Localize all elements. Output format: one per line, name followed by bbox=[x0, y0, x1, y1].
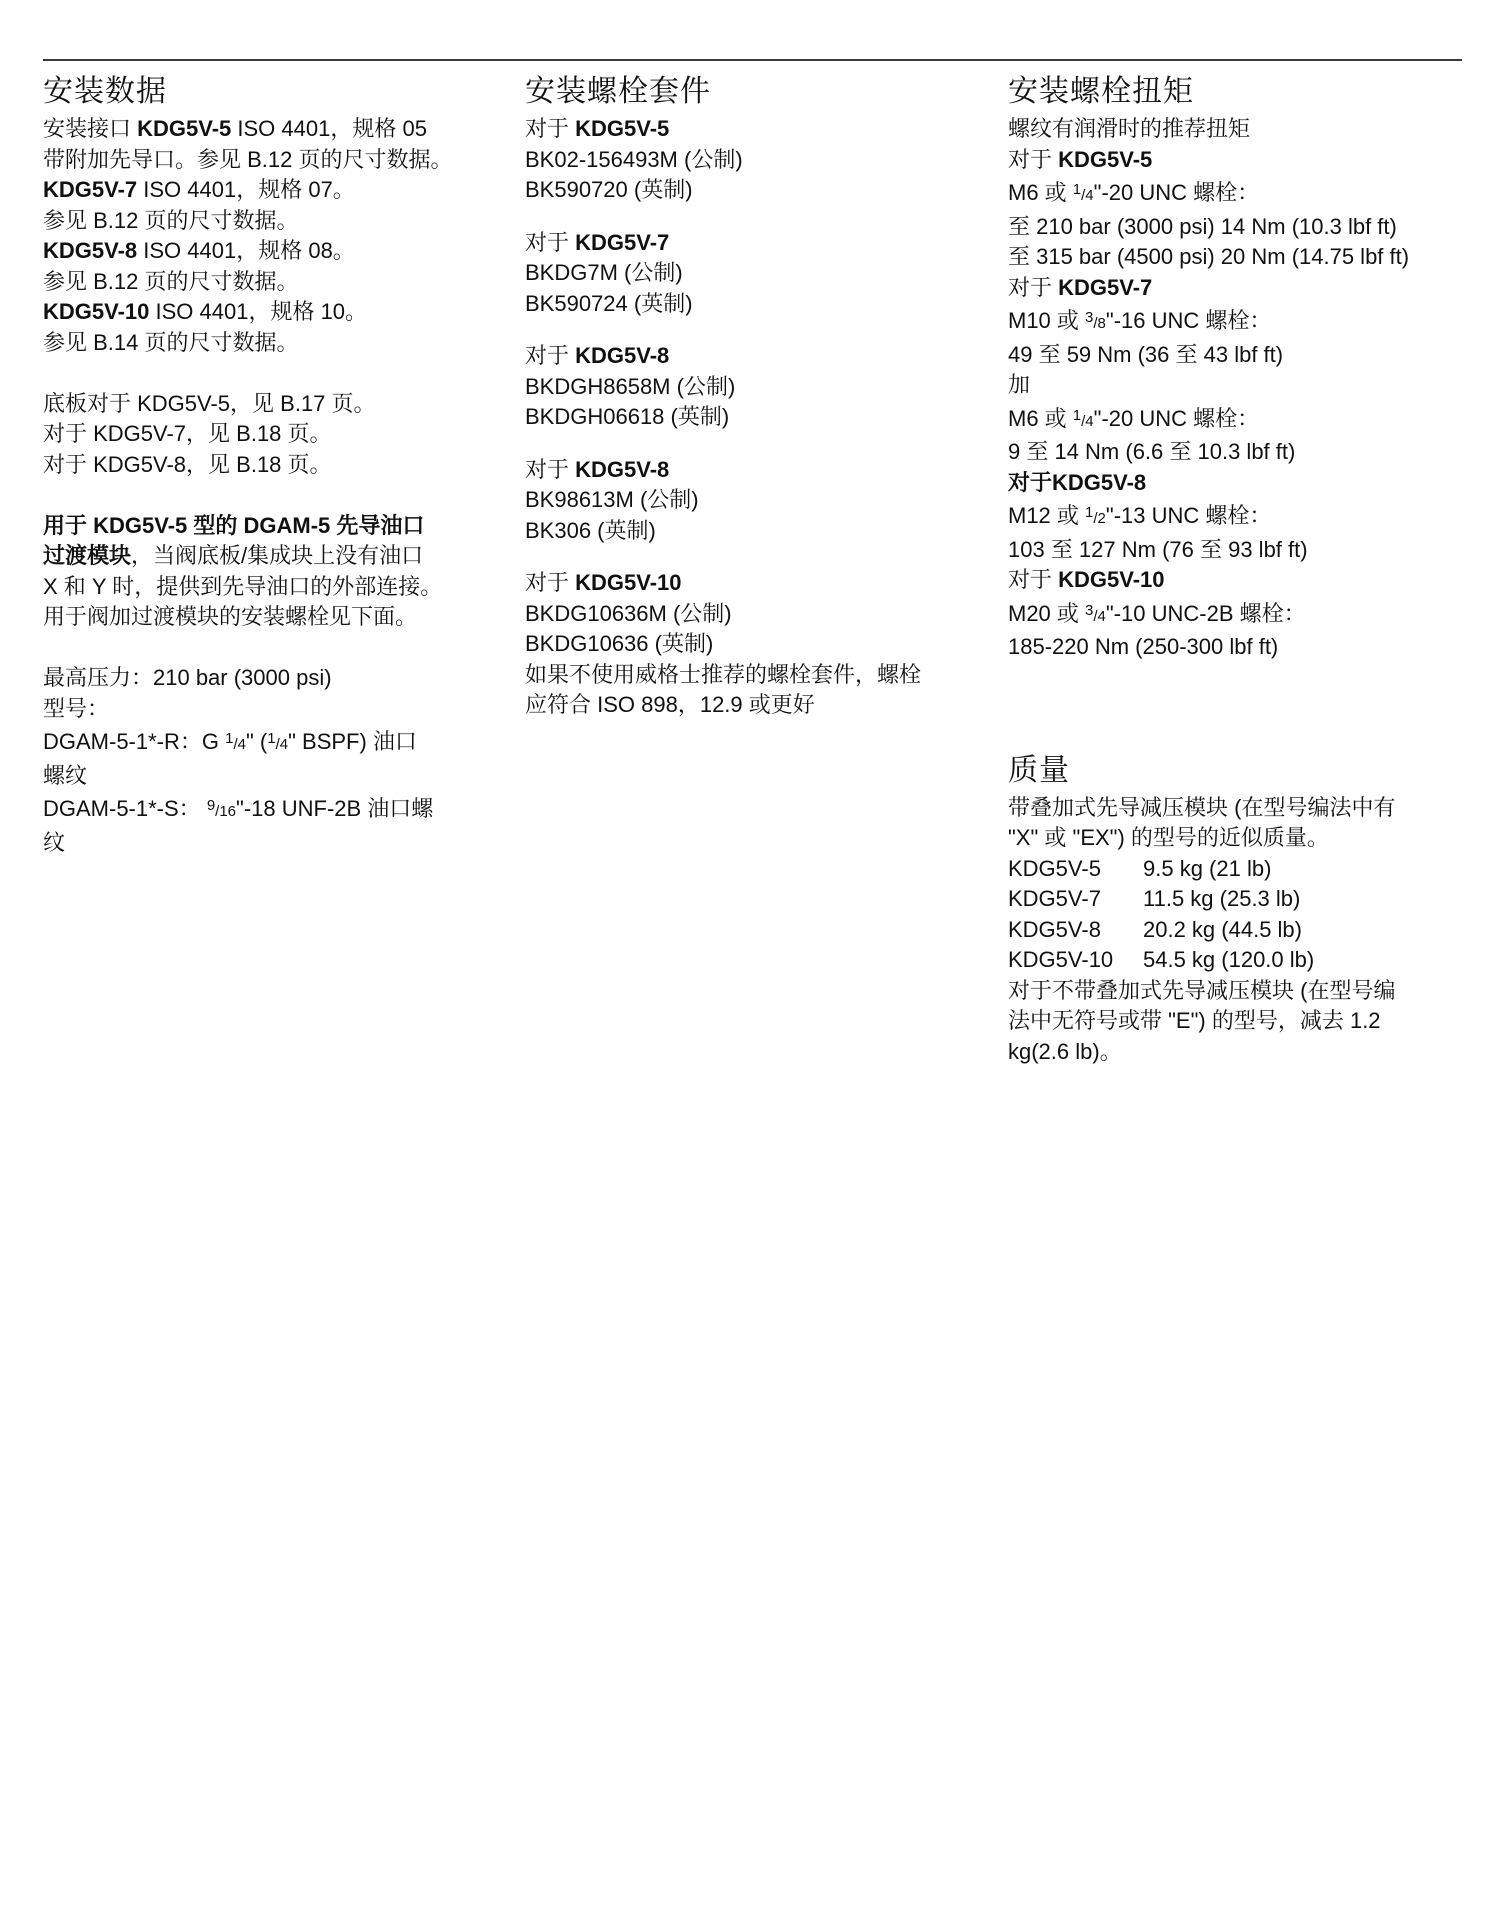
model-name: KDG5V-8 bbox=[43, 238, 137, 263]
model-name: KDG5V-10 bbox=[1058, 567, 1164, 592]
mass-model: KDG5V-5 bbox=[1008, 854, 1143, 885]
column-mounting-data: 安装数据 安装接口 KDG5V-5 ISO 4401，规格 05 带附加先导口。… bbox=[43, 72, 503, 858]
text: "-20 UNC 螺栓： bbox=[1094, 180, 1260, 205]
bolt-kit-metric: BKDG10636M (公制) bbox=[525, 599, 985, 630]
bolt-kit-group: 对于 KDG5V-5 BK02-156493M (公制) BK590720 (英… bbox=[525, 114, 985, 206]
model-name: KDG5V-8 bbox=[575, 457, 669, 482]
bolt-spec: M10 或 3/8"-16 UNC 螺栓： bbox=[1008, 303, 1468, 340]
text: " BSPF) 油口 bbox=[288, 729, 417, 754]
text: M6 或 bbox=[1008, 406, 1073, 431]
spacer bbox=[43, 633, 503, 664]
text-line: KDG5V-8 ISO 4401，规格 08。 bbox=[43, 236, 503, 267]
mass-intro: 带叠加式先导减压模块 (在型号编法中有 bbox=[1008, 793, 1468, 824]
text-line: 参见 B.12 页的尺寸数据。 bbox=[43, 206, 503, 237]
model-name: KDG5V-7 bbox=[1058, 275, 1152, 300]
fraction-denominator: /4 bbox=[276, 736, 289, 753]
column-bolt-kits: 安装螺栓套件 对于 KDG5V-5 BK02-156493M (公制) BK59… bbox=[525, 72, 985, 721]
text-line: KDG5V-7 ISO 4401，规格 07。 bbox=[43, 175, 503, 206]
text: 对于 bbox=[525, 570, 575, 595]
model-name: KDG5V-7 bbox=[43, 177, 137, 202]
section-heading-bolt-torque: 安装螺栓扭矩 bbox=[1008, 72, 1468, 112]
dgam-title-line: 用于 KDG5V-5 型的 DGAM-5 先导油口 bbox=[43, 511, 503, 542]
fraction-denominator: /2 bbox=[1093, 510, 1106, 527]
bolt-kit-inch: BKDG10636 (英制) bbox=[525, 629, 985, 660]
bolt-kit-inch: BK590724 (英制) bbox=[525, 289, 985, 320]
text: ISO 4401，规格 05 bbox=[231, 116, 427, 141]
fraction-denominator: /4 bbox=[1081, 413, 1094, 430]
section-mass: 质量 带叠加式先导减压模块 (在型号编法中有 "X" 或 "EX") 的型号的近… bbox=[1008, 751, 1468, 1068]
bolt-kit-group: 对于 KDG5V-8 BK98613M (公制) BK306 (英制) bbox=[525, 455, 985, 547]
bolt-kit-inch: BK306 (英制) bbox=[525, 516, 985, 547]
mass-value: 11.5 kg (25.3 lb) bbox=[1143, 886, 1300, 911]
model-name: KDG5V-10 bbox=[43, 299, 149, 324]
text-line: 过渡模块，当阀底板/集成块上没有油口 bbox=[43, 541, 503, 572]
subplate-reference: 对于 KDG5V-8，见 B.18 页。 bbox=[43, 450, 503, 481]
torque-intro: 螺纹有润滑时的推荐扭矩 bbox=[1008, 114, 1468, 145]
text: M12 或 bbox=[1008, 503, 1085, 528]
torque-value: 至 210 bar (3000 psi) 14 Nm (10.3 lbf ft) bbox=[1008, 212, 1468, 243]
bolt-spec: M6 或 1/4"-20 UNC 螺栓： bbox=[1008, 175, 1468, 212]
mass-model: KDG5V-8 bbox=[1008, 915, 1143, 946]
bolt-kit-group: 对于 KDG5V-10 BKDG10636M (公制) BKDG10636 (英… bbox=[525, 568, 985, 660]
torque-title: 对于KDG5V-8 bbox=[1008, 468, 1468, 499]
text-line: 用于阀加过渡模块的安装螺栓见下面。 bbox=[43, 602, 503, 633]
text: DGAM-5-1*-R：G bbox=[43, 729, 225, 754]
bolt-kit-title: 对于 KDG5V-10 bbox=[525, 568, 985, 599]
text: "-16 UNC 螺栓： bbox=[1106, 308, 1272, 333]
torque-title: 对于 KDG5V-10 bbox=[1008, 565, 1468, 596]
torque-value: 49 至 59 Nm (36 至 43 lbf ft) bbox=[1008, 340, 1468, 371]
text-line: 带附加先导口。参见 B.12 页的尺寸数据。 bbox=[43, 145, 503, 176]
spacer bbox=[43, 480, 503, 511]
text: "-18 UNF-2B 油口螺 bbox=[236, 796, 433, 821]
bolt-kit-metric: BKDGH8658M (公制) bbox=[525, 372, 985, 403]
text: M20 或 bbox=[1008, 601, 1085, 626]
bolt-spec: M12 或 1/2"-13 UNC 螺栓： bbox=[1008, 498, 1468, 535]
mass-value: 9.5 kg (21 lb) bbox=[1143, 856, 1271, 881]
text: ISO 4401，规格 07。 bbox=[137, 177, 355, 202]
bolt-kit-title: 对于 KDG5V-8 bbox=[525, 341, 985, 372]
fraction-denominator: /8 bbox=[1093, 315, 1106, 332]
text: "-20 UNC 螺栓： bbox=[1094, 406, 1260, 431]
mass-row: KDG5V-820.2 kg (44.5 lb) bbox=[1008, 915, 1468, 946]
model-s-line: DGAM-5-1*-S： 9/16"-18 UNF-2B 油口螺 bbox=[43, 791, 503, 828]
bolt-kit-inch: BKDGH06618 (英制) bbox=[525, 402, 985, 433]
mass-note: 对于不带叠加式先导减压模块 (在型号编 bbox=[1008, 976, 1468, 1007]
torque-title: 对于 KDG5V-7 bbox=[1008, 273, 1468, 304]
text: 安装接口 bbox=[43, 116, 137, 141]
fraction-numerator: 1 bbox=[267, 730, 275, 747]
mass-note: 法中无符号或带 "E") 的型号，减去 1.2 bbox=[1008, 1006, 1468, 1037]
spacer bbox=[525, 206, 985, 228]
text: "-13 UNC 螺栓： bbox=[1106, 503, 1272, 528]
torque-value: 103 至 127 Nm (76 至 93 lbf ft) bbox=[1008, 535, 1468, 566]
model-name: KDG5V-5 bbox=[575, 116, 669, 141]
model-name: KDG5V-5 bbox=[137, 116, 231, 141]
bolt-kit-title: 对于 KDG5V-5 bbox=[525, 114, 985, 145]
torque-value: 9 至 14 Nm (6.6 至 10.3 lbf ft) bbox=[1008, 437, 1468, 468]
torque-value: 185-220 Nm (250-300 lbf ft) bbox=[1008, 632, 1468, 663]
torque-value: 至 315 bar (4500 psi) 20 Nm (14.75 lbf ft… bbox=[1008, 242, 1468, 273]
mass-row: KDG5V-711.5 kg (25.3 lb) bbox=[1008, 884, 1468, 915]
model-name: KDG5V-8 bbox=[575, 343, 669, 368]
model-r-line: DGAM-5-1*-R：G 1/4" (1/4" BSPF) 油口 bbox=[43, 724, 503, 761]
mass-value: 20.2 kg (44.5 lb) bbox=[1143, 917, 1302, 942]
text-line: 参见 B.14 页的尺寸数据。 bbox=[43, 328, 503, 359]
mass-intro: "X" 或 "EX") 的型号的近似质量。 bbox=[1008, 823, 1468, 854]
column-bolt-torque: 安装螺栓扭矩 螺纹有润滑时的推荐扭矩 对于 KDG5V-5 M6 或 1/4"-… bbox=[1008, 72, 1468, 1067]
torque-title: 对于 KDG5V-5 bbox=[1008, 145, 1468, 176]
bolt-kit-group: 对于 KDG5V-7 BKDG7M (公制) BK590724 (英制) bbox=[525, 228, 985, 320]
max-pressure: 最高压力：210 bar (3000 psi) bbox=[43, 663, 503, 694]
model-name: KDG5V-10 bbox=[575, 570, 681, 595]
subplate-reference: 底板对于 KDG5V-5，见 B.17 页。 bbox=[43, 389, 503, 420]
fraction-denominator: /4 bbox=[1081, 187, 1094, 204]
text-line: X 和 Y 时，提供到先导油口的外部连接。 bbox=[43, 572, 503, 603]
mass-note: kg(2.6 lb)。 bbox=[1008, 1037, 1468, 1068]
text-line: 参见 B.12 页的尺寸数据。 bbox=[43, 267, 503, 298]
mass-row: KDG5V-59.5 kg (21 lb) bbox=[1008, 854, 1468, 885]
mass-value: 54.5 kg (120.0 lb) bbox=[1143, 947, 1314, 972]
fraction-denominator: /4 bbox=[1093, 608, 1106, 625]
subplate-reference: 对于 KDG5V-7，见 B.18 页。 bbox=[43, 419, 503, 450]
model-name: KDG5V-7 bbox=[575, 230, 669, 255]
mass-model: KDG5V-10 bbox=[1008, 945, 1143, 976]
bolt-kit-group: 对于 KDG5V-8 BKDGH8658M (公制) BKDGH06618 (英… bbox=[525, 341, 985, 433]
text: 对于 bbox=[525, 457, 575, 482]
text: 对于 bbox=[1008, 147, 1058, 172]
text: ISO 4401，规格 10。 bbox=[149, 299, 367, 324]
text: M10 或 bbox=[1008, 308, 1085, 333]
text: ISO 4401，规格 08。 bbox=[137, 238, 355, 263]
fraction-numerator: 9 bbox=[207, 797, 215, 814]
section-heading-mounting-data: 安装数据 bbox=[43, 72, 503, 112]
text: ，当阀底板/集成块上没有油口 bbox=[131, 543, 423, 568]
text: DGAM-5-1*-S： bbox=[43, 796, 207, 821]
fraction-numerator: 1 bbox=[1073, 181, 1081, 198]
bolt-kit-inch: BK590720 (英制) bbox=[525, 175, 985, 206]
bolt-kit-note: 应符合 ISO 898，12.9 或更好 bbox=[525, 690, 985, 721]
text: 对于 bbox=[1008, 275, 1058, 300]
plus-label: 加 bbox=[1008, 370, 1468, 401]
section-heading-mass: 质量 bbox=[1008, 751, 1468, 791]
model-name: KDG5V-8 bbox=[1052, 470, 1146, 495]
mass-row: KDG5V-1054.5 kg (120.0 lb) bbox=[1008, 945, 1468, 976]
fraction-denominator: /16 bbox=[215, 803, 236, 820]
bolt-kit-title: 对于 KDG5V-7 bbox=[525, 228, 985, 259]
bolt-spec: M6 或 1/4"-20 UNC 螺栓： bbox=[1008, 401, 1468, 438]
bolt-kit-metric: BK02-156493M (公制) bbox=[525, 145, 985, 176]
bolt-kit-note: 如果不使用威格士推荐的螺栓套件，螺栓 bbox=[525, 660, 985, 691]
text: 对于 bbox=[1008, 567, 1058, 592]
model-label: 型号： bbox=[43, 694, 503, 725]
text-bold: 过渡模块 bbox=[43, 543, 131, 568]
text: 对于 bbox=[1008, 470, 1052, 495]
spacer bbox=[525, 546, 985, 568]
text-line: 安装接口 KDG5V-5 ISO 4401，规格 05 bbox=[43, 114, 503, 145]
top-divider-rule bbox=[43, 59, 1462, 61]
mass-model: KDG5V-7 bbox=[1008, 884, 1143, 915]
spacer bbox=[525, 319, 985, 341]
text: " ( bbox=[246, 729, 267, 754]
text: 对于 bbox=[525, 343, 575, 368]
bolt-kit-title: 对于 KDG5V-8 bbox=[525, 455, 985, 486]
text-line: KDG5V-10 ISO 4401，规格 10。 bbox=[43, 297, 503, 328]
bolt-kit-metric: BKDG7M (公制) bbox=[525, 258, 985, 289]
text: 对于 bbox=[525, 230, 575, 255]
spacer bbox=[43, 358, 503, 389]
model-name: KDG5V-5 bbox=[1058, 147, 1152, 172]
text: "-10 UNC-2B 螺栓： bbox=[1106, 601, 1306, 626]
fraction-denominator: /4 bbox=[233, 736, 246, 753]
text: M6 或 bbox=[1008, 180, 1073, 205]
fraction-numerator: 1 bbox=[1073, 407, 1081, 424]
section-heading-bolt-kits: 安装螺栓套件 bbox=[525, 72, 985, 112]
spacer bbox=[525, 433, 985, 455]
bolt-spec: M20 或 3/4"-10 UNC-2B 螺栓： bbox=[1008, 596, 1468, 633]
text-line: 螺纹 bbox=[43, 761, 503, 792]
text-line: 纹 bbox=[43, 828, 503, 859]
text: 对于 bbox=[525, 116, 575, 141]
bolt-kit-metric: BK98613M (公制) bbox=[525, 485, 985, 516]
